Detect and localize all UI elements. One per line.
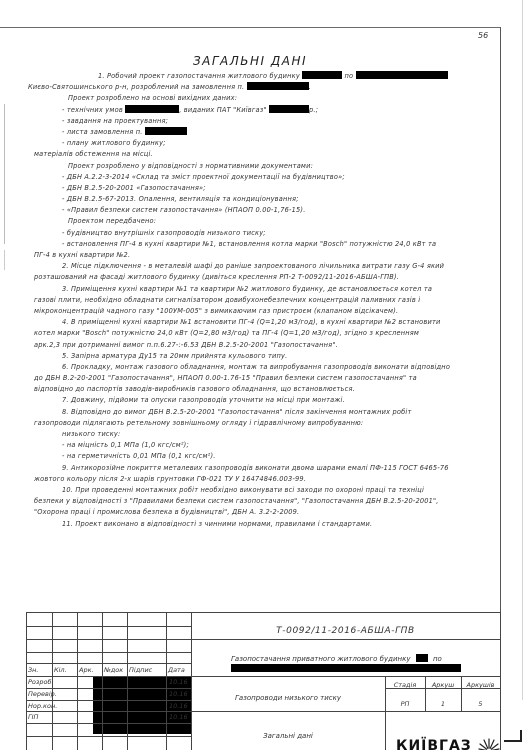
redaction-block bbox=[416, 654, 428, 662]
role-label: Перевір. bbox=[28, 690, 57, 698]
text-line: відповідно до паспортів заводів-виробник… bbox=[28, 384, 498, 395]
text-segment: мікроконцентрацій чадного газу "100УМ-00… bbox=[34, 307, 398, 315]
redaction-block bbox=[145, 127, 187, 135]
text-line: 7. Довжину, підйоми та опуски газопровод… bbox=[28, 395, 498, 406]
text-segment: безпеки у відповідності з "Правилами без… bbox=[34, 497, 439, 505]
general-notes-text: 1. Робочий проект газопостачання житлово… bbox=[28, 71, 498, 530]
text-segment: газові плити, необхідно обладнати сигнал… bbox=[34, 296, 420, 304]
role-label: Розроб. bbox=[28, 678, 54, 686]
project-name-suffix: по bbox=[433, 655, 442, 663]
text-line: - технічних умов , виданих ПАТ "Київгаз"… bbox=[28, 105, 498, 116]
text-segment: відповідно до паспортів заводів-виробник… bbox=[34, 385, 355, 393]
role-label: Нор.кон. bbox=[28, 702, 57, 710]
text-line: розташований на фасаді житлового будинку… bbox=[28, 272, 498, 283]
text-line: - «Правил безпеки систем газопостачання»… bbox=[28, 205, 498, 216]
text-segment: 2. Місце підключення - в металевій шафі … bbox=[62, 262, 444, 270]
text-segment: 1. Робочий проект газопостачання житлово… bbox=[98, 72, 302, 80]
text-segment: 8. Відповідно до вимог ДБН В.2.5-20-2001… bbox=[62, 408, 412, 416]
revision-header: Підпис bbox=[129, 666, 152, 674]
text-segment: - «Правил безпеки систем газопостачання»… bbox=[62, 206, 306, 214]
redaction-block bbox=[231, 664, 461, 672]
text-segment: 11. Проект виконано в відповідності з чи… bbox=[62, 520, 372, 528]
grid-line bbox=[461, 676, 462, 711]
grid-line bbox=[26, 612, 500, 613]
role-date: 10.16 bbox=[169, 713, 188, 721]
text-line: - ДБН В.2.5-67-2013. Опалення, вентиляці… bbox=[28, 194, 498, 205]
text-line: газопроводи підлягають ретельному зовніш… bbox=[28, 418, 498, 429]
text-line: газові плити, необхідно обладнати сигнал… bbox=[28, 295, 498, 306]
text-segment: - ДБН В.2.5-20-2001 «Газопостачання»; bbox=[62, 184, 206, 192]
text-line: 8. Відповідно до вимог ДБН В.2.5-20-2001… bbox=[28, 407, 498, 418]
text-line: 6. Прокладку, монтаж газового обладнання… bbox=[28, 362, 498, 373]
text-line: Проект розроблено на основі вихідних дан… bbox=[28, 93, 498, 104]
text-segment: , виданих ПАТ "Київгаз" bbox=[179, 106, 269, 114]
text-segment: котел марки "Bosch" потужністю 24,0 кВт … bbox=[34, 329, 419, 337]
text-line: безпеки у відповідності з "Правилами без… bbox=[28, 496, 498, 507]
grid-line bbox=[102, 612, 103, 750]
text-segment: 10. При проведенні монтажних робіт необх… bbox=[62, 486, 424, 494]
text-line: 5. Запірна арматура Ду15 та 20мм прийнят… bbox=[28, 351, 498, 362]
text-line: - на міцність 0,1 МПа (1,0 кгс/см²); bbox=[28, 440, 498, 451]
project-name: Газопостачання приватного житлового буди… bbox=[231, 654, 442, 663]
text-segment: - листа замовлення п. bbox=[62, 128, 145, 136]
text-line: 2. Місце підключення - в металевій шафі … bbox=[28, 261, 498, 272]
text-line: мікроконцентрацій чадного газу "100УМ-00… bbox=[28, 306, 498, 317]
sunburst-icon bbox=[478, 737, 500, 750]
text-segment: Проектом передбачено: bbox=[68, 217, 156, 225]
project-name-prefix: Газопостачання приватного житлового буди… bbox=[231, 655, 410, 663]
text-line: - на герметичність 0,01 МПа (0,1 кгс/см²… bbox=[28, 451, 498, 462]
text-segment: 9. Антикорозійне покриття металевих газо… bbox=[62, 464, 449, 472]
redaction-block bbox=[302, 71, 342, 79]
text-line: 11. Проект виконано в відповідності з чи… bbox=[28, 519, 498, 530]
text-segment: . bbox=[309, 83, 311, 91]
stage-value: РП bbox=[385, 700, 425, 708]
text-segment: Проект розроблено на основі вихідних дан… bbox=[68, 94, 237, 102]
redaction-block bbox=[269, 105, 309, 113]
binding-strip bbox=[0, 104, 5, 244]
text-line: - завдання на проектування; bbox=[28, 116, 498, 127]
redaction-block bbox=[247, 82, 309, 90]
text-line: арк.2,3 при дотриманні вимог п.п.6.27-:-… bbox=[28, 340, 498, 351]
text-line: Києво-Святошинського р-н, розроблений на… bbox=[28, 82, 498, 93]
corner-mark-vertical bbox=[520, 730, 522, 742]
text-segment: - плану житлового будинку; bbox=[62, 139, 166, 147]
text-line: "Охорона праці і промислова безпека в бу… bbox=[28, 507, 498, 518]
grid-line bbox=[385, 688, 500, 689]
text-line: - ДБН В.2.5-20-2001 «Газопостачання»; bbox=[28, 183, 498, 194]
text-segment: ПГ-4 в кухні квартири №2. bbox=[34, 251, 130, 259]
text-segment: - будівництво внутрішніх газопроводів ни… bbox=[62, 229, 266, 237]
role-date: 10.16 bbox=[169, 702, 188, 710]
binding-strip-lower bbox=[0, 250, 5, 270]
revision-header: Дата bbox=[168, 666, 185, 674]
revision-header: Кіл. bbox=[54, 666, 67, 674]
text-line: матеріалів обстеження на місці. bbox=[28, 149, 498, 160]
text-line: 9. Антикорозійне покриття металевих газо… bbox=[28, 463, 498, 474]
revision-header: Зн. bbox=[28, 666, 38, 674]
grid-line bbox=[191, 711, 500, 712]
text-segment: 4. В приміщенні кухні квартири №1 встано… bbox=[62, 318, 440, 326]
text-segment: матеріалів обстеження на місці. bbox=[34, 150, 153, 158]
sheet-title: Газопроводи низького тиску bbox=[191, 694, 385, 702]
text-segment: жовтого кольору після 2-х шарів грунтовк… bbox=[34, 475, 306, 483]
text-line: 4. В приміщенні кухні квартири №1 встано… bbox=[28, 317, 498, 328]
grid-line bbox=[500, 612, 501, 750]
text-segment: - ДБН В.2.5-67-2013. Опалення, вентиляці… bbox=[62, 195, 299, 203]
redaction-block bbox=[125, 105, 179, 113]
document-code: Т-0092/11-2016-АБША-ГПВ bbox=[191, 626, 500, 636]
text-line: - листа замовлення п. bbox=[28, 127, 498, 138]
text-segment: арк.2,3 при дотриманні вимог п.п.6.27-:-… bbox=[34, 341, 338, 349]
text-segment: - технічних умов bbox=[62, 106, 125, 114]
text-segment: до ДБН В.2-20-2001 "Газопостачання", НПА… bbox=[34, 374, 417, 382]
grid-line bbox=[425, 676, 426, 711]
grid-line bbox=[191, 612, 192, 750]
text-line: низького тиску: bbox=[28, 429, 498, 440]
grid-line bbox=[166, 612, 167, 750]
text-line: жовтого кольору після 2-х шарів грунтовк… bbox=[28, 474, 498, 485]
grid-line bbox=[191, 676, 500, 677]
text-line: ПГ-4 в кухні квартири №2. bbox=[28, 250, 498, 261]
text-segment: - на герметичність 0,01 МПа (0,1 кгс/см²… bbox=[62, 452, 216, 460]
text-line: до ДБН В.2-20-2001 "Газопостачання", НПА… bbox=[28, 373, 498, 384]
page-title: ЗАГАЛЬНІ ДАНІ bbox=[0, 54, 500, 68]
text-segment: 3. Приміщення кухні квартири №1 та кварт… bbox=[62, 285, 432, 293]
grid-line bbox=[26, 612, 27, 750]
frame-border-top bbox=[0, 27, 500, 28]
grid-line bbox=[385, 676, 386, 750]
text-segment: - на міцність 0,1 МПа (1,0 кгс/см²); bbox=[62, 441, 189, 449]
drawing-sheet: 56 ЗАГАЛЬНІ ДАНІ 1. Робочий проект газоп… bbox=[0, 0, 530, 750]
text-line: - ДБН А.2.2-3-2014 «Склад та зміст проек… bbox=[28, 172, 498, 183]
page-number: 56 bbox=[478, 31, 488, 40]
text-line: - встановлення ПГ-4 в кухні квартири №1,… bbox=[28, 239, 498, 250]
revision-header: №док bbox=[104, 666, 123, 674]
text-line: 10. При проведенні монтажних робіт необх… bbox=[28, 485, 498, 496]
text-line: 1. Робочий проект газопостачання житлово… bbox=[28, 71, 498, 82]
text-line: - будівництво внутрішніх газопроводів ни… bbox=[28, 228, 498, 239]
title-block: Т-0092/11-2016-АБША-ГПВ Газопостачання п… bbox=[26, 612, 500, 750]
text-segment: по bbox=[342, 72, 355, 80]
text-segment: Проект розроблено у відповідності з норм… bbox=[68, 162, 313, 170]
sheet-value: 1 bbox=[425, 700, 461, 708]
redaction-block bbox=[356, 71, 448, 79]
grid-line bbox=[191, 639, 500, 640]
text-line: - плану житлового будинку; bbox=[28, 138, 498, 149]
role-date: 10.16 bbox=[169, 690, 188, 698]
text-segment: - завдання на проектування; bbox=[62, 117, 168, 125]
sheets-value: 5 bbox=[461, 700, 500, 708]
text-segment: 5. Запірна арматура Ду15 та 20мм прийнят… bbox=[62, 352, 287, 360]
revision-header: Арк. bbox=[79, 666, 94, 674]
role-date: 10.16 bbox=[169, 678, 188, 686]
scan-edge-line bbox=[522, 0, 523, 700]
text-segment: 7. Довжину, підйоми та опуски газопровод… bbox=[62, 396, 345, 404]
text-segment: низького тиску: bbox=[62, 430, 120, 438]
text-segment: розташований на фасаді житлового будинку… bbox=[34, 273, 399, 281]
text-segment: 6. Прокладку, монтаж газового обладнання… bbox=[62, 363, 450, 371]
text-segment: Києво-Святошинського р-н, розроблений на… bbox=[28, 83, 247, 91]
text-line: Проектом передбачено: bbox=[28, 216, 498, 227]
grid-line bbox=[77, 612, 78, 750]
text-segment: - ДБН А.2.2-3-2014 «Склад та зміст проек… bbox=[62, 173, 345, 181]
grid-line bbox=[127, 612, 128, 750]
text-segment: - встановлення ПГ-4 в кухні квартири №1,… bbox=[62, 240, 436, 248]
company-logo: КИЇВГАЗ bbox=[396, 737, 500, 750]
text-segment: р.; bbox=[309, 106, 318, 114]
text-segment: "Охорона праці і промислова безпека в бу… bbox=[34, 508, 299, 516]
text-line: 3. Приміщення кухні квартири №1 та кварт… bbox=[28, 284, 498, 295]
text-segment: газопроводи підлягають ретельному зовніш… bbox=[34, 419, 363, 427]
text-line: Проект розроблено у відповідності з норм… bbox=[28, 161, 498, 172]
sheet-name: Загальні дані bbox=[191, 732, 385, 740]
company-logo-text: КИЇВГАЗ bbox=[396, 738, 472, 750]
text-line: котел марки "Bosch" потужністю 24,0 кВт … bbox=[28, 328, 498, 339]
role-label: ГІП bbox=[28, 713, 38, 721]
